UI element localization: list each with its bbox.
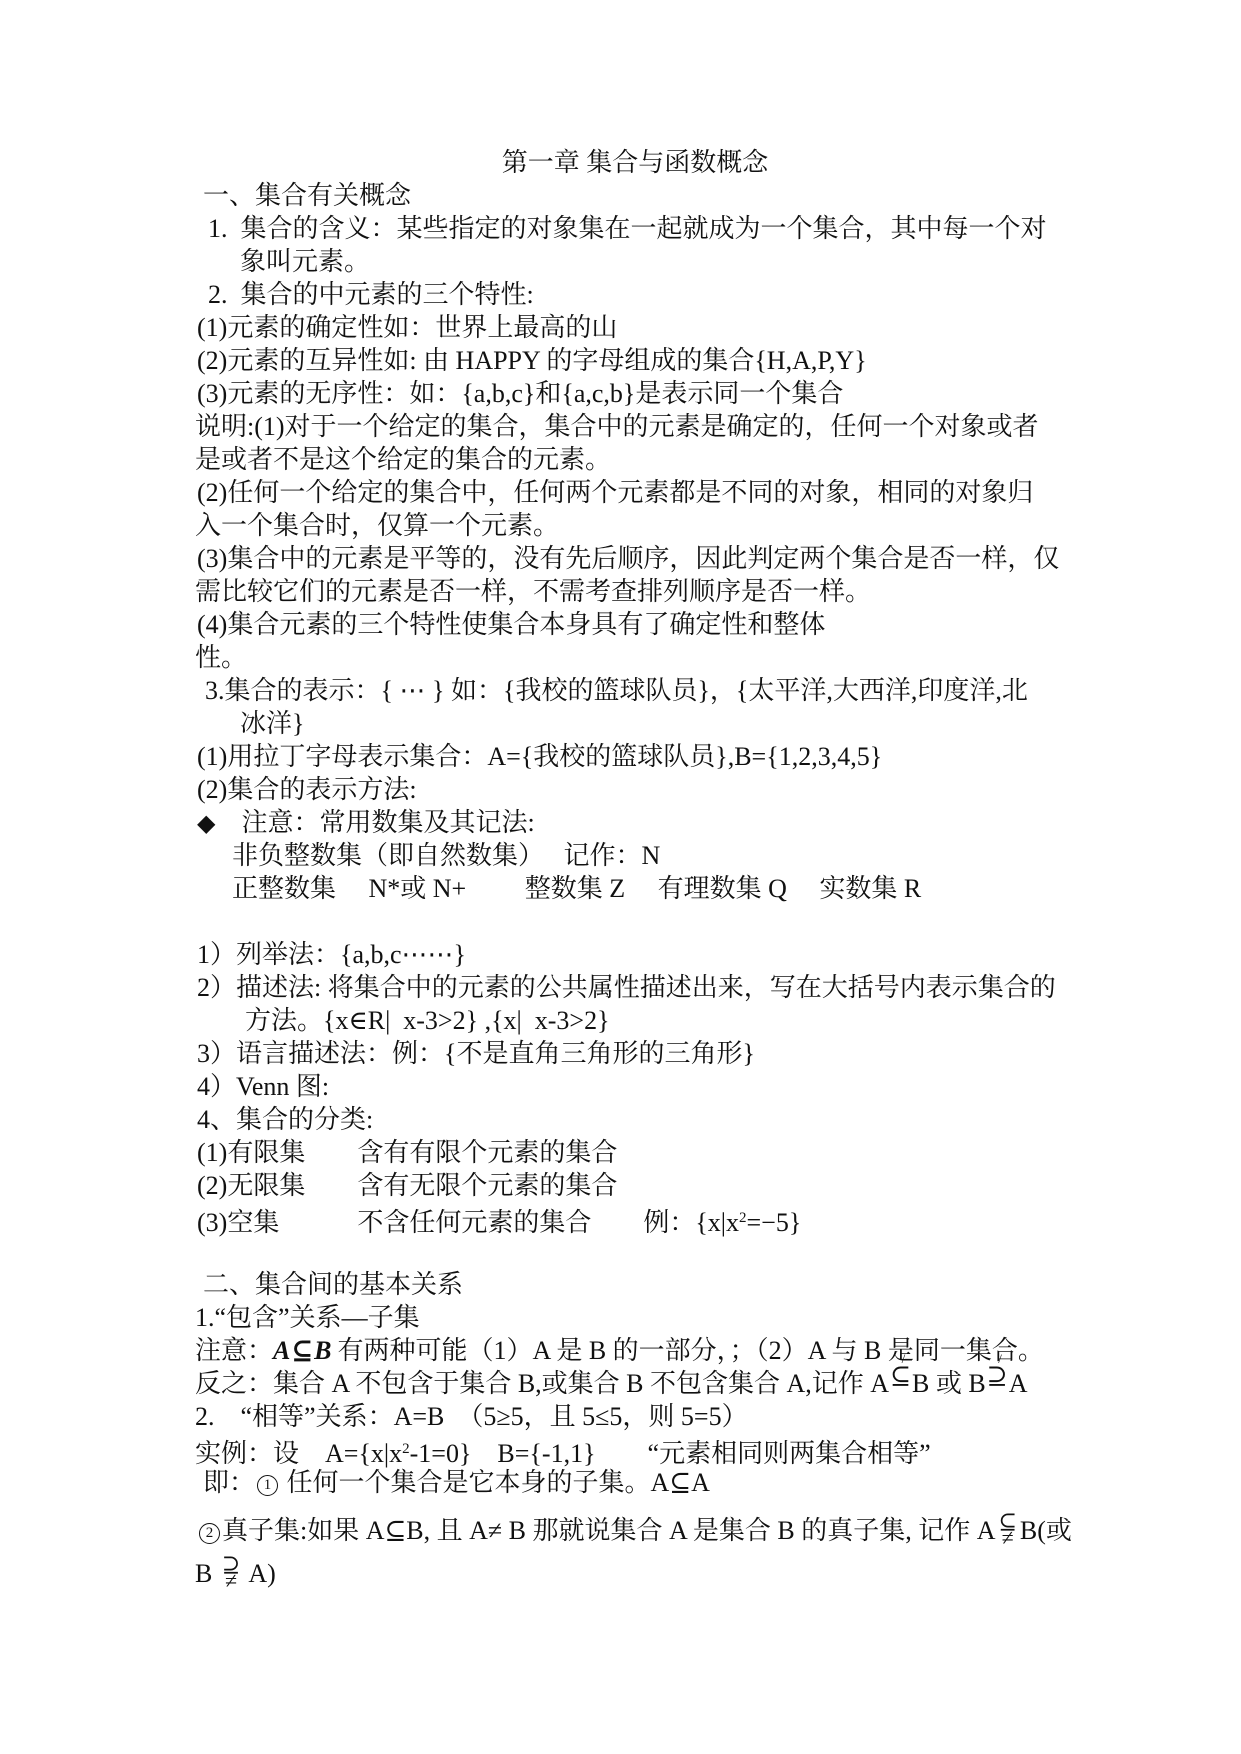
- text-run: 实例：设 A={x|x: [195, 1439, 402, 1468]
- text-line: 3）语言描述法：例：{不是直角三角形的三角形}: [197, 1037, 1075, 1070]
- text-line: 象叫元素。: [240, 245, 1075, 278]
- text-line: 4、集合的分类:: [197, 1103, 1075, 1136]
- text-run: (2)集合的表示方法:: [197, 775, 417, 804]
- proper-superset-symbol: ⊇≠: [222, 1556, 240, 1588]
- text-line: 2. “相等”关系：A=B （5≥5，且 5≤5，则 5=5）: [195, 1400, 1075, 1433]
- text-run: 1. 集合的含义：某些指定的对象集在一起就成为一个集合，其中每一个对: [208, 214, 1047, 243]
- text-line: (3)元素的无序性：如：{a,b,c}和{a,c,b}是表示同一个集合: [197, 377, 1075, 410]
- text-run: 入一个集合时，仅算一个元素。: [195, 511, 559, 540]
- text-run: (4)集合元素的三个特性使集合本身具有了确定性和整体: [197, 610, 825, 639]
- blank-line: [195, 905, 1075, 938]
- text-run: (3)集合中的元素是平等的，没有先后顺序，因此判定两个集合是否一样，仅: [197, 544, 1059, 573]
- text-run: 有两种可能（1）A 是 B 的一部分，；（2）A 与 B 是同一集合。: [337, 1336, 1043, 1365]
- text-run: B(或: [1020, 1516, 1072, 1545]
- text-line: 即：1 任何一个集合是它本身的子集。A⊆A: [203, 1466, 1075, 1499]
- text-run: 第一章 集合与函数概念: [502, 148, 769, 177]
- text-run: 冰洋}: [240, 709, 304, 738]
- text-run: (3)元素的无序性：如：{a,b,c}和{a,c,b}是表示同一个集合: [197, 379, 843, 408]
- not-subset-symbol: /⊆: [890, 1364, 911, 1389]
- text-run: (1)元素的确定性如：世界上最高的山: [197, 313, 617, 342]
- text-run: 3.集合的表示：{ ⋯ } 如：{我校的篮球队员}，{太平洋,大西洋,印度洋,北: [205, 676, 1028, 705]
- text-run: 真子集:如果 A⊆B, 且 A≠ B 那就说集合 A 是集合 B 的真子集, 记…: [222, 1516, 995, 1545]
- circled-number: 2: [199, 1523, 220, 1544]
- text-line: B ⊇≠ A): [195, 1556, 1075, 1589]
- text-line: 1）列举法：{a,b,c⋯⋯}: [197, 938, 1075, 971]
- text-line: 2真子集:如果 A⊆B, 且 A≠ B 那就说集合 A 是集合 B 的真子集, …: [197, 1513, 1075, 1546]
- text-run: -1=0} B={-1,1} “元素相同则两集合相等”: [410, 1439, 931, 1468]
- superscript: 2: [739, 1210, 747, 1226]
- text-run: =−5}: [747, 1208, 802, 1237]
- text-run: (2)无限集 含有无限个元素的集合: [197, 1171, 617, 1200]
- blank-line: [195, 1235, 1075, 1268]
- relation-symbol: ⊇: [987, 1363, 1008, 1390]
- text-line: 3.集合的表示：{ ⋯ } 如：{我校的篮球队员}，{太平洋,大西洋,印度洋,北: [205, 674, 1075, 707]
- text-line: (2)无限集 含有无限个元素的集合: [197, 1169, 1075, 1202]
- text-line: 非负整数集（即自然数集） 记作：N: [232, 839, 1075, 872]
- text-line: 1. 集合的含义：某些指定的对象集在一起就成为一个集合，其中每一个对: [208, 212, 1075, 245]
- text-run: 非负整数集（即自然数集） 记作：N: [232, 841, 660, 870]
- circled-number: 1: [257, 1475, 278, 1496]
- text-line: (4)集合元素的三个特性使集合本身具有了确定性和整体: [197, 608, 1075, 641]
- text-line: 2. 集合的中元素的三个特性:: [208, 278, 1075, 311]
- text-line: 冰洋}: [240, 707, 1075, 740]
- text-line: 方法。{x∈R| x-3>2} ,{x| x-3>2}: [245, 1004, 1075, 1037]
- text-run: 2）描述法: 将集合中的元素的公共属性描述出来，写在大括号内表示集合的: [197, 973, 1056, 1002]
- text-line: 注意：A⊆B有两种可能（1）A 是 B 的一部分，；（2）A 与 B 是同一集合…: [195, 1334, 1075, 1367]
- text-line: (2)集合的表示方法:: [197, 773, 1075, 806]
- text-line: 正整数集 N*或 N+ 整数集 Z 有理数集 Q 实数集 R: [232, 872, 1075, 905]
- text-line: 需比较它们的元素是否一样，不需考查排列顺序是否一样。: [195, 575, 1075, 608]
- diamond-bullet-icon: ◆: [197, 809, 215, 837]
- text-line: (1)有限集 含有有限个元素的集合: [197, 1136, 1075, 1169]
- text-line: 性。: [195, 641, 1075, 674]
- text-line: 入一个集合时，仅算一个元素。: [195, 509, 1075, 542]
- section-1-heading: 一、集合有关概念: [203, 179, 1075, 212]
- text-run: 反之：集合 A 不包含于集合 B,或集合 B 不包含集合 A,记作 A: [195, 1369, 889, 1398]
- text-line: (3)集合中的元素是平等的，没有先后顺序，因此判定两个集合是否一样，仅: [197, 542, 1075, 575]
- text-run: 方法。{x∈R| x-3>2} ,{x| x-3>2}: [245, 1006, 610, 1035]
- text-run: 说明:(1)对于一个给定的集合，集合中的元素是确定的，任何一个对象或者: [195, 412, 1039, 441]
- text-run: (2)任何一个给定的集合中，任何两个元素都是不同的对象，相同的对象归: [197, 478, 1033, 507]
- text-run: 二、集合间的基本关系: [203, 1270, 463, 1299]
- text-run: 4）Venn 图:: [197, 1072, 329, 1101]
- text-run: 即：: [203, 1468, 255, 1497]
- text-run: (3)空集 不含任何元素的集合 例：{x|x: [197, 1208, 739, 1237]
- text-run: 象叫元素。: [240, 247, 370, 276]
- text-line: 是或者不是这个给定的集合的元素。: [195, 443, 1075, 476]
- negation-slash: /: [902, 1352, 906, 1365]
- superscript: 2: [402, 1441, 410, 1457]
- proper-subset-symbol: ⊆≠: [998, 1513, 1016, 1545]
- text-run: 注意：: [195, 1336, 273, 1365]
- negation-slash: /: [998, 1352, 1002, 1365]
- not-superset-symbol: /⊇: [987, 1364, 1008, 1389]
- text-run: A: [1009, 1369, 1028, 1398]
- text-run: 1）列举法：{a,b,c⋯⋯}: [197, 940, 466, 969]
- text-run: 注意：常用数集及其记法:: [215, 808, 534, 837]
- text-run: B: [195, 1559, 219, 1588]
- text-line: 2）描述法: 将集合中的元素的公共属性描述出来，写在大括号内表示集合的: [197, 971, 1075, 1004]
- text-line: (1)用拉丁字母表示集合：A={我校的篮球队员},B={1,2,3,4,5}: [197, 740, 1075, 773]
- text-run: (2)元素的互异性如: 由 HAPPY 的字母组成的集合{H,A,P,Y}: [197, 346, 867, 375]
- text-line: 1.“包含”关系—子集: [195, 1301, 1075, 1334]
- relation-symbol: ⊆: [890, 1363, 911, 1390]
- text-run: (1)用拉丁字母表示集合：A={我校的篮球队员},B={1,2,3,4,5}: [197, 742, 882, 771]
- math-expression: A⊆B: [273, 1336, 337, 1365]
- text-run: 是或者不是这个给定的集合的元素。: [195, 445, 611, 474]
- section-2-heading: 二、集合间的基本关系: [203, 1268, 1075, 1301]
- document-content: 第一章 集合与函数概念一、集合有关概念1. 集合的含义：某些指定的对象集在一起就…: [195, 146, 1075, 1589]
- text-run: 性。: [195, 643, 247, 672]
- text-line: ◆ 注意：常用数集及其记法:: [197, 806, 1075, 839]
- chapter-title: 第一章 集合与函数概念: [195, 146, 1075, 179]
- text-run: 正整数集 N*或 N+ 整数集 Z 有理数集 Q 实数集 R: [232, 874, 921, 903]
- text-line: 实例：设 A={x|x2-1=0} B={-1,1} “元素相同则两集合相等”: [195, 1433, 1075, 1466]
- text-run: 一、集合有关概念: [203, 181, 411, 210]
- text-line: 4）Venn 图:: [197, 1070, 1075, 1103]
- text-run: 1.“包含”关系—子集: [195, 1303, 420, 1332]
- text-run: A): [243, 1559, 276, 1588]
- text-line: (1)元素的确定性如：世界上最高的山: [197, 311, 1075, 344]
- text-run: 2. “相等”关系：A=B （5≥5，且 5≤5，则 5=5）: [195, 1402, 748, 1431]
- text-run: 2. 集合的中元素的三个特性:: [208, 280, 534, 309]
- text-run: 需比较它们的元素是否一样，不需考查排列顺序是否一样。: [195, 577, 871, 606]
- text-run: B 或 B: [912, 1369, 986, 1398]
- text-run: (1)有限集 含有有限个元素的集合: [197, 1138, 617, 1167]
- text-line: (2)元素的互异性如: 由 HAPPY 的字母组成的集合{H,A,P,Y}: [197, 344, 1075, 377]
- text-line: 反之：集合 A 不包含于集合 B,或集合 B 不包含集合 A,记作 A/⊆B 或…: [195, 1367, 1075, 1400]
- text-run: 3）语言描述法：例：{不是直角三角形的三角形}: [197, 1039, 755, 1068]
- text-line: 说明:(1)对于一个给定的集合，集合中的元素是确定的，任何一个对象或者: [195, 410, 1075, 443]
- document-page: 第一章 集合与函数概念一、集合有关概念1. 集合的含义：某些指定的对象集在一起就…: [0, 0, 1241, 1754]
- text-run: 任何一个集合是它本身的子集。A⊆A: [280, 1468, 710, 1497]
- text-line: (3)空集 不含任何元素的集合 例：{x|x2=−5}: [197, 1202, 1075, 1235]
- text-line: (2)任何一个给定的集合中，任何两个元素都是不同的对象，相同的对象归: [197, 476, 1075, 509]
- text-run: 4、集合的分类:: [197, 1105, 373, 1134]
